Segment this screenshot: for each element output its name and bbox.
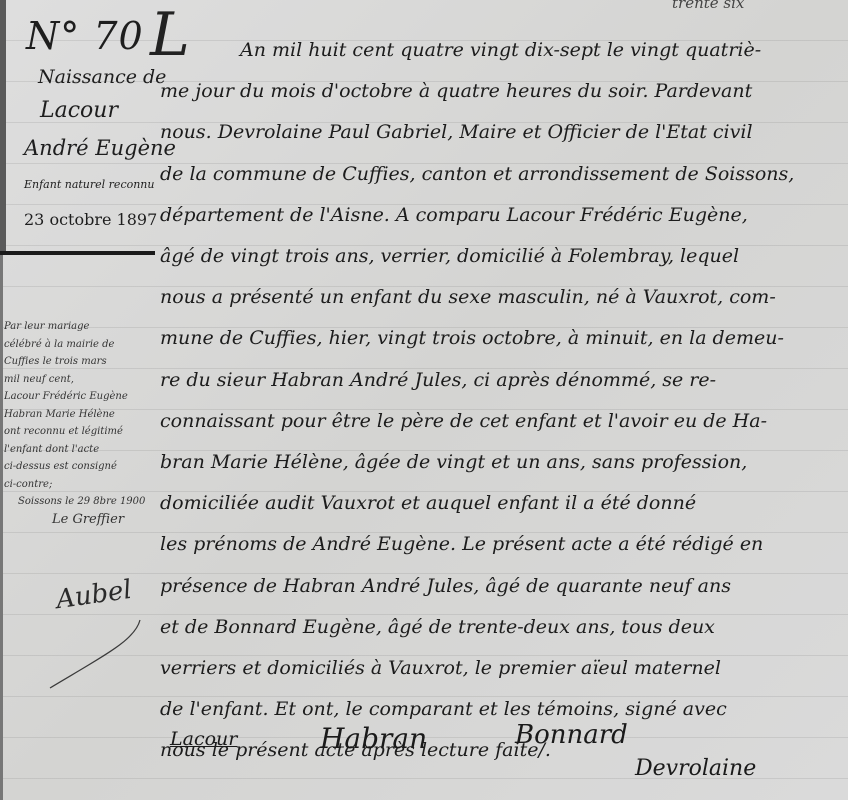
annotation-line: Par leur mariage [4,318,154,336]
act-number: N° 70 [26,14,144,58]
signature-witness-1: Habran [320,722,427,755]
annotation-place-date: Soissons le 29 8bre 1900 [4,493,154,511]
record-body: An mil huit cent quatre vingt dix-sept l… [160,30,840,772]
annotation-line: ci-dessus est consigné [4,458,154,476]
margin-annotation: Par leur mariage célébré à la mairie de … [4,318,154,528]
body-line: An mil huit cent quatre vingt dix-sept l… [160,30,840,71]
register-page: trente six N° 70 Naissance de Lacour And… [0,0,848,800]
body-line: re du sieur Habran André Jules, ci après… [160,360,840,401]
body-line: verriers et domiciliés à Vauxrot, le pre… [160,648,840,689]
body-line: domiciliée audit Vauxrot et auquel enfan… [160,483,840,524]
margin-title: Naissance de [38,66,166,88]
annotation-line: Lacour Frédéric Eugène [4,388,154,406]
page-binding-edge-lower [0,255,3,800]
signature-mayor: Devrolaine [635,756,756,781]
signature-witness-2: Bonnard [515,720,628,750]
margin-surname: Lacour [40,98,118,123]
body-line: et de Bonnard Eugène, âgé de trente-deux… [160,607,840,648]
annotation-line: mil neuf cent, [4,371,154,389]
body-line: département de l'Aisne. A comparu Lacour… [160,195,840,236]
body-line: nous. Devrolaine Paul Gabriel, Maire et … [160,112,840,153]
page-binding-edge [0,0,6,255]
body-line: âgé de vingt trois ans, verrier, domicil… [160,236,840,277]
body-line: les prénoms de André Eugène. Le présent … [160,524,840,565]
margin-date: 23 octobre 1897 [24,210,157,229]
annotation-line: Habran Marie Hélène [4,406,154,424]
annotation-line: célébré à la mairie de [4,336,154,354]
body-line: bran Marie Hélène, âgée de vingt et un a… [160,442,840,483]
annotation-signatory: Le Greffier [4,511,154,529]
annotation-line: ci-contre; [4,476,154,494]
body-line: mune de Cuffies, hier, vingt trois octob… [160,318,840,359]
annotation-line: l'enfant dont l'acte [4,441,154,459]
signature-block: Lacour Habran Bonnard Devrolaine [160,720,840,800]
body-line: connaissant pour être le père de cet enf… [160,401,840,442]
annotation-line: ont reconnu et légitimé [4,423,154,441]
body-line: présence de Habran André Jules, âgé de q… [160,566,840,607]
margin-given-names: André Eugène [24,136,176,160]
annotation-line: Cuffies le trois mars [4,353,154,371]
body-line: de la commune de Cuffies, canton et arro… [160,154,840,195]
signature-declarant: Lacour [170,728,237,750]
margin-divider-rule [0,251,155,255]
signature-flourish-icon [45,600,145,690]
body-line: nous a présenté un enfant du sexe mascul… [160,277,840,318]
body-line: me jour du mois d'octobre à quatre heure… [160,71,840,112]
margin-note: Enfant naturel reconnu [24,178,154,191]
top-corner-note: trente six [672,0,744,12]
